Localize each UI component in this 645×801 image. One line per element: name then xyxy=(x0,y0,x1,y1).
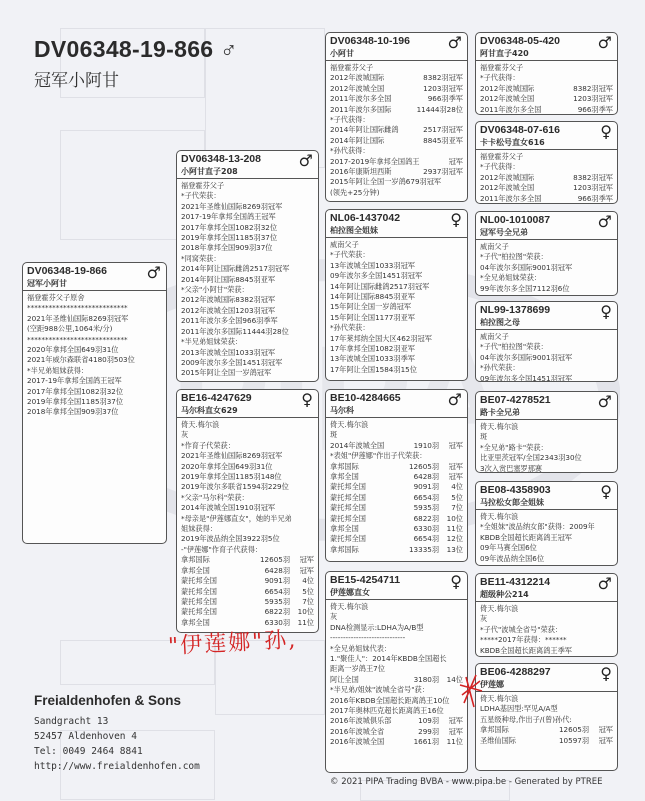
result-cell: 蒙托邦全国 xyxy=(181,597,250,607)
breeder-address-city: 52457 Aldenhoven 4 xyxy=(34,729,200,744)
result-cell: 拿邦国际 xyxy=(330,545,399,555)
result-row: 2016年波城全省299羽冠军 xyxy=(330,727,463,737)
result-cell: 2016年波城俱乐部 xyxy=(330,716,399,726)
result-cell: 2011年波尔多国际 xyxy=(330,105,407,115)
card-line: *半兄弟姐妹荣获： xyxy=(181,337,314,347)
card-body: 倚天.梅尔浪灰*子代"波城全省号"荣获：*****2017年获得：******K… xyxy=(476,602,617,657)
pigeon-ring-title: DV06348-19-866 ♂ xyxy=(34,36,238,63)
result-row: 2014年波城全国1910羽冠军 xyxy=(330,441,463,451)
ring-number: BE06-4288297 xyxy=(480,666,613,679)
result-cell: 6654羽 xyxy=(399,493,439,503)
result-cell: 2012年波城全国 xyxy=(330,84,407,94)
result-cell: 拿邦全国 xyxy=(181,566,250,576)
ring-number: BE08-4358903 xyxy=(480,484,613,497)
result-row: 拿邦全国6428羽冠军 xyxy=(330,472,463,482)
male-icon: ♂ xyxy=(448,34,462,52)
pigeon-name: 卡卡松号直女616 xyxy=(480,137,613,148)
card-line: 2020年拿邦全国649羽31位 xyxy=(181,462,314,472)
card-line: 2014年阿让国际8845羽亚军 xyxy=(181,275,314,285)
result-cell: 2012年波城国际 xyxy=(330,73,407,83)
card-body: 福登霍芬父子*子代荣获：2021年圣维仙国际8269羽冠军2017-19年拿邦全… xyxy=(177,179,318,381)
result-row: 蒙托邦全国9091羽4位 xyxy=(181,576,314,586)
card-line: *子代"柏拉图"荣获： xyxy=(480,252,613,262)
card-line: 2012年波城全国1203羽冠军 xyxy=(181,306,314,316)
card-subject[interactable]: DV06348-19-866冠军小阿甘♂福登霍芬父子原舍************… xyxy=(22,262,167,544)
ring-number: DV06348-10-196 xyxy=(330,35,463,48)
card-line: 倚天.梅尔浪 xyxy=(480,604,613,614)
card-line: *半兄弟/姐妹"波城全省号"获： xyxy=(330,685,463,695)
male-icon: ♂ xyxy=(598,213,612,231)
result-cell: 5935羽 xyxy=(250,597,290,607)
card-line: 福登霍芬父子 xyxy=(480,63,613,73)
result-cell: 2011年波尔多全国 xyxy=(480,105,557,115)
card-header: BE07-4278521路卡全兄弟♂ xyxy=(476,392,617,420)
ring-number: BE07-4278521 xyxy=(480,394,613,407)
card-header: DV06348-10-196小阿甘♂ xyxy=(326,33,467,61)
result-row: 2012年波城全国1203羽冠军 xyxy=(330,84,463,94)
male-icon: ♂ xyxy=(448,391,462,409)
result-cell: 蒙托邦全国 xyxy=(330,514,399,524)
card-line: *子代"波城全省号"荣获： xyxy=(480,625,613,635)
card-sire-sire[interactable]: DV06348-10-196小阿甘♂福登霍芬父子2012年波城国际8382羽冠军… xyxy=(325,32,468,202)
result-row: 2016年波城全国1661羽11位 xyxy=(330,737,463,747)
card-line: 福登霍芬父子原舍 xyxy=(27,293,162,303)
card-line: 2014年阿让国际雌鸽2517羽冠军 xyxy=(181,264,314,274)
card-line: *孙代荣获： xyxy=(330,323,463,333)
result-row: 蒙托邦全国5935羽7位 xyxy=(330,503,463,513)
pigeon-name: 马尔科直女629 xyxy=(181,405,314,416)
result-cell: 蒙托邦全国 xyxy=(181,607,250,617)
card-line: 2017年拿邦全国1082羽32位 xyxy=(181,223,314,233)
result-row: 蒙托邦全国6822羽10位 xyxy=(330,514,463,524)
card-line: 14年阿让国际雌鸽2517羽冠军 xyxy=(330,282,463,292)
result-row: 拿邦国际12605羽冠军 xyxy=(480,725,613,735)
result-cell: 冠军 xyxy=(589,736,613,746)
result-cell: 4位 xyxy=(439,482,463,492)
pigeon-name: 伊莲娜直女 xyxy=(330,587,463,598)
result-cell: 2012年波城国际 xyxy=(480,84,557,94)
result-cell xyxy=(407,177,463,187)
result-cell: 阿让全国 xyxy=(330,675,399,685)
card-header: DV06348-19-866冠军小阿甘♂ xyxy=(23,263,166,291)
card-line: 2021年圣维仙国际8269羽冠军 xyxy=(27,314,162,324)
result-cell: 2517羽冠军 xyxy=(407,125,463,135)
result-cell: 拿邦国际 xyxy=(480,725,549,735)
result-cell: 1203羽冠军 xyxy=(557,183,613,193)
card-line: 2017年拿邦全国1082羽32位 xyxy=(27,387,162,397)
result-cell: 蒙托邦全国 xyxy=(330,482,399,492)
card-line: *全兄弟姐妹代表： xyxy=(330,644,463,654)
card-line: 比亚里茨冠军/全国2343羽30位 xyxy=(480,453,613,463)
result-cell: 8382羽冠军 xyxy=(407,73,463,83)
card-sire-sire-sire[interactable]: DV06348-05-420阿甘直子420♂福登霍芬父子*子代获得：2012年波… xyxy=(475,32,618,115)
result-cell: 1203羽冠军 xyxy=(407,84,463,94)
card-header: NL99-1378699柏拉图之母♀ xyxy=(476,302,617,330)
ring-number: BE10-4284665 xyxy=(330,392,463,405)
card-line: LDHA基因型:罕见A/A型 xyxy=(480,704,613,714)
ring-number: BE11-4312214 xyxy=(480,576,613,589)
card-body: 倚天.梅尔浪LDHA基因型:罕见A/A型五星级种母,作出子/(曾)孙代:拿邦国际… xyxy=(476,692,617,748)
result-cell: 12605羽 xyxy=(250,555,290,565)
pigeon-name-title: 冠军小阿甘 xyxy=(34,66,119,91)
card-line: 灰 xyxy=(181,430,314,440)
result-cell: 8382羽冠军 xyxy=(557,84,613,94)
result-row: 2016年康斯坦西斯2937羽冠军 xyxy=(330,167,463,177)
card-line: 14年阿让国际8845羽亚军 xyxy=(330,292,463,302)
card-line: DNA检测显示:LDHA为A/B型 xyxy=(330,623,463,633)
result-cell: 蒙托邦全国 xyxy=(330,503,399,513)
card-header: DV06348-13-208小阿甘直子208♂ xyxy=(177,151,318,179)
male-icon: ♂ xyxy=(598,34,612,52)
result-cell: 2012年波城全国 xyxy=(480,183,557,193)
result-cell: 2015年阿让全国一岁鸽679羽冠军 xyxy=(330,177,407,187)
card-line: KBDB全国超长距离鸽王冠军 xyxy=(480,533,613,543)
card-line: 威南父子 xyxy=(330,240,463,250)
card-line: *父亲"马尔科"荣获： xyxy=(181,493,314,503)
card-header: BE06-4288297伊莲娜♀ xyxy=(476,664,617,692)
result-cell: 11位 xyxy=(439,737,463,747)
card-line: 福登霍芬父子 xyxy=(181,181,314,191)
male-icon: ♂ xyxy=(220,36,238,62)
card-body: 威南父子*子代荣获：13年波城全国1033羽冠军09年波尔多全国1451羽冠军1… xyxy=(326,238,467,377)
result-row: 蒙托邦全国9091羽4位 xyxy=(330,482,463,492)
result-cell: 冠军 xyxy=(439,441,463,451)
result-cell: 2012年波城全国 xyxy=(480,94,557,104)
card-line: 2011年波尔多全国966羽季军 xyxy=(181,316,314,326)
female-icon: ♀ xyxy=(600,483,612,501)
result-cell: 冠军 xyxy=(439,472,463,482)
result-cell: 2014年阿让国际雌鸽 xyxy=(330,125,407,135)
result-row: 2012年波城国际8382羽冠军 xyxy=(330,73,463,83)
card-line: 2019年拿邦全国1185羽37位 xyxy=(27,397,162,407)
result-cell: 3180羽 xyxy=(399,675,439,685)
card-body: 倚天.梅尔浪*全姐妹"波品纳女郎"获得：2009年KBDB全国超长距离鸽王冠军0… xyxy=(476,510,617,566)
card-header: DV06348-05-420阿甘直子420♂ xyxy=(476,33,617,61)
card-line: 2020年拿邦全国649羽31位 xyxy=(27,345,162,355)
ring-number: DV06348-05-420 xyxy=(480,35,613,48)
card-line: *全兄弟"路卡"荣获： xyxy=(480,443,613,453)
card-line: 威南父子 xyxy=(480,332,613,342)
result-cell: 6822羽 xyxy=(399,514,439,524)
result-cell: 299羽 xyxy=(399,727,439,737)
result-cell: 4位 xyxy=(290,576,314,586)
result-cell: 5935羽 xyxy=(399,503,439,513)
pigeon-name: 伊莲娜 xyxy=(480,679,613,690)
card-line: *子代获得： xyxy=(480,73,613,83)
result-cell: 13335羽 xyxy=(399,545,439,555)
result-row: 阿让全国3180羽14位 xyxy=(330,675,463,685)
result-cell: 2937羽冠军 xyxy=(407,167,463,177)
card-dam-dam-dam[interactable]: BE06-4288297伊莲娜♀倚天.梅尔浪LDHA基因型:罕见A/A型五星级种… xyxy=(475,663,618,771)
pigeon-name: 柏拉图之母 xyxy=(480,317,613,328)
card-header: BE08-4358903马拉松女郎全姐妹♀ xyxy=(476,482,617,510)
result-cell: 蒙托邦全国 xyxy=(330,534,399,544)
result-row: 圣维仙国际10597羽冠军 xyxy=(480,736,613,746)
card-line: 09年波品纳全国6位 xyxy=(480,554,613,564)
result-cell: 2016年波城全省 xyxy=(330,727,399,737)
pigeon-name: 小阿甘 xyxy=(330,48,463,59)
result-cell: 9091羽 xyxy=(399,482,439,492)
male-icon: ♂ xyxy=(299,152,313,170)
card-line: 2017-19年拿邦全国鸽王冠军 xyxy=(27,376,162,386)
card-line: 17年阿让全国1584羽15位 xyxy=(330,365,463,375)
pigeon-name: 小阿甘直子208 xyxy=(181,166,314,177)
result-cell: 蒙托邦全国 xyxy=(330,493,399,503)
card-line: 2017-19年拿邦全国鸽王冠军 xyxy=(181,212,314,222)
card-line: *母亲是"伊莲娜直女"，她的半兄弟 xyxy=(181,514,314,524)
result-row: 2014年阿让国际8845羽亚军 xyxy=(330,136,463,146)
card-line: 09年波尔多全国1451羽冠军 xyxy=(330,271,463,281)
result-row: 2015年阿让全国一岁鸽679羽冠军 xyxy=(330,177,463,187)
result-cell: 10位 xyxy=(439,514,463,524)
card-dam-sire[interactable]: BE10-4284665马尔科♂倚天.梅尔浪斑2014年波城全国1910羽冠军*… xyxy=(325,389,468,562)
card-dam-dam-sire[interactable]: BE11-4312214超级种公214♂倚天.梅尔浪灰*子代"波城全省号"荣获：… xyxy=(475,573,618,657)
female-icon: ♀ xyxy=(450,211,462,229)
card-line: 1."聚佳人"：2014年KBDB全国超长 xyxy=(330,654,463,664)
result-cell: 圣维仙国际 xyxy=(480,736,549,746)
result-cell: 1661羽 xyxy=(399,737,439,747)
card-line: 2009年波尔多全国1451羽冠军 xyxy=(181,358,314,368)
ring-number: BE15-4254711 xyxy=(330,574,463,587)
result-cell: 966羽季军 xyxy=(557,194,613,204)
card-header: NL00-1010087冠军号全兄弟♂ xyxy=(476,212,617,240)
card-line: 2018年拿邦全国909羽37位 xyxy=(27,407,162,417)
result-cell: 966羽季军 xyxy=(557,105,613,115)
result-cell: 1910羽 xyxy=(399,441,439,451)
result-cell: 1203羽冠军 xyxy=(557,94,613,104)
result-cell: 2016年波城全国 xyxy=(330,737,399,747)
card-line: *表姐"伊莲娜"作出子代荣获： xyxy=(330,451,463,461)
card-line: *子代获得： xyxy=(330,115,463,125)
male-icon: ♂ xyxy=(147,264,161,282)
result-cell: 6330羽 xyxy=(399,524,439,534)
result-row: 蒙托邦全国6654羽12位 xyxy=(330,534,463,544)
card-line: 福登霍芬父子 xyxy=(480,152,613,162)
card-line: 灰 xyxy=(330,612,463,622)
result-row: 2011年波尔多全国966羽季军 xyxy=(480,105,613,115)
result-cell: 6822羽 xyxy=(250,607,290,617)
card-line: 福登霍芬父子 xyxy=(330,63,463,73)
card-line: 2011年波尔多国际11444羽28位 xyxy=(181,327,314,337)
card-sire[interactable]: DV06348-13-208小阿甘直子208♂福登霍芬父子*子代荣获：2021年… xyxy=(176,150,319,382)
card-line: 2014年波城全国1910羽冠军 xyxy=(181,503,314,513)
result-row: 2011年波尔多全国966羽季军 xyxy=(330,94,463,104)
card-body: 福登霍芬父子*子代获得：2012年波城国际8382羽冠军2012年波城全国120… xyxy=(476,61,617,115)
result-cell: 拿邦国际 xyxy=(330,462,399,472)
pigeon-name: 冠军小阿甘 xyxy=(27,278,162,289)
card-line: 2021年圣维仙国际8269羽冠军 xyxy=(181,451,314,461)
card-line: 倚天.梅尔浪 xyxy=(480,512,613,522)
breeder-name: Freialdenhofen & Sons xyxy=(34,693,200,708)
result-cell: 冠军 xyxy=(290,555,314,565)
result-row: 蒙托邦全国6654羽5位 xyxy=(181,587,314,597)
result-cell: 6428羽 xyxy=(399,472,439,482)
result-row: 拿邦国际13335羽13位 xyxy=(330,545,463,555)
female-icon: ♀ xyxy=(301,391,313,409)
female-icon: ♀ xyxy=(600,123,612,141)
result-cell: 8382羽冠军 xyxy=(557,173,613,183)
female-icon: ♀ xyxy=(600,665,612,683)
result-row: 拿邦国际12605羽冠军 xyxy=(181,555,314,565)
card-body: 倚天.梅尔浪灰DNA检测显示:LDHA为A/B型----------------… xyxy=(326,600,467,750)
card-line: 2021年威尔森联省4180羽503位 xyxy=(27,355,162,365)
result-row: 2014年阿让国际雌鸽2517羽冠军 xyxy=(330,125,463,135)
card-line: 13年波城全国1033羽冠军 xyxy=(330,261,463,271)
card-line: 2019年波品纳全国3922羽5位 xyxy=(181,534,314,544)
card-line: 17年莱邦纳全国大区462羽冠军 xyxy=(330,334,463,344)
result-cell: 拿邦全国 xyxy=(330,472,399,482)
red-scribble-mark xyxy=(456,673,486,709)
card-line: **************************** xyxy=(27,303,162,313)
result-cell: 2011年波尔多全国 xyxy=(480,194,557,204)
card-line: *作育子代荣获： xyxy=(181,441,314,451)
result-row: 2012年波城国际8382羽冠军 xyxy=(480,173,613,183)
card-line: 15年阿让全国1177羽亚军 xyxy=(330,313,463,323)
card-line: 威南父子 xyxy=(480,242,613,252)
card-line: 2019年波尔多联省1594羽229位 xyxy=(181,482,314,492)
result-row: 蒙托邦全国5935羽7位 xyxy=(181,597,314,607)
result-cell: 冠军 xyxy=(589,725,613,735)
card-line: (领先+25分钟) xyxy=(330,188,463,198)
pigeon-name: 超级种公214 xyxy=(480,589,613,600)
card-line: *子代"柏拉图"荣获： xyxy=(480,342,613,352)
pigeon-name: 阿甘直子420 xyxy=(480,48,613,59)
pigeon-name: 柏拉图全姐妹 xyxy=(330,225,463,236)
ring-number: DV06348-07-616 xyxy=(480,124,613,137)
result-row: 2016年波城俱乐部109羽冠军 xyxy=(330,716,463,726)
ring-number: NL99-1378699 xyxy=(480,304,613,317)
result-cell: 13位 xyxy=(439,545,463,555)
card-line: 斑 xyxy=(480,432,613,442)
card-line: 04年波尔多国际9001羽冠军 xyxy=(480,263,613,273)
result-cell: 7位 xyxy=(290,597,314,607)
card-sire-sire-dam[interactable]: DV06348-07-616卡卡松号直女616♀福登霍芬父子*子代获得：2012… xyxy=(475,121,618,204)
result-row: 拿邦全国6330羽11位 xyxy=(330,524,463,534)
card-dam-sire-sire[interactable]: BE07-4278521路卡全兄弟♂倚天.梅尔浪斑*全兄弟"路卡"荣获：比亚里茨… xyxy=(475,391,618,473)
ring-number: NL00-1010087 xyxy=(480,214,613,227)
result-row: 2011年波尔多国际11444羽28位 xyxy=(330,105,463,115)
result-cell: 蒙托邦全国 xyxy=(181,576,250,586)
result-row: 拿邦国际12605羽冠军 xyxy=(330,462,463,472)
card-body: 福登霍芬父子2012年波城国际8382羽冠军2012年波城全国1203羽冠军20… xyxy=(326,61,467,200)
card-line: 17年拿邦全国1082羽亚军 xyxy=(330,344,463,354)
footer-copyright: © 2021 PIPA Trading BVBA - www.pipa.be -… xyxy=(330,777,602,787)
card-line: *父亲"小阿甘"荣获： xyxy=(181,285,314,295)
card-dam-sire-dam[interactable]: BE08-4358903马拉松女郎全姐妹♀倚天.梅尔浪*全姐妹"波品纳女郎"获得… xyxy=(475,481,618,566)
result-cell: 6654羽 xyxy=(399,534,439,544)
card-line: 2021年圣维仙国际8269羽冠军 xyxy=(181,202,314,212)
result-cell: 12605羽 xyxy=(399,462,439,472)
card-line: 2018年拿邦全国909羽37位 xyxy=(181,243,314,253)
card-dam-dam[interactable]: BE15-4254711伊莲娜直女♀倚天.梅尔浪灰DNA检测显示:LDHA为A/… xyxy=(325,571,468,773)
card-line: *同窝荣获： xyxy=(181,254,314,264)
card-header: BE16-4247629马尔科直女629♀ xyxy=(177,390,318,418)
result-row: 2012年波城全国1203羽冠军 xyxy=(480,183,613,193)
card-body: 倚天.梅尔浪斑*全兄弟"路卡"荣获：比亚里茨冠军/全国2343羽30位3次入赏巴… xyxy=(476,420,617,473)
card-line: *子代荣获： xyxy=(330,250,463,260)
result-cell: 冠军 xyxy=(290,566,314,576)
card-body: 倚天.梅尔浪斑2014年波城全国1910羽冠军*表姐"伊莲娜"作出子代荣获：拿邦… xyxy=(326,418,467,557)
card-sire-dam[interactable]: NL06-1437042柏拉图全姐妹♀威南父子*子代荣获：13年波城全国1033… xyxy=(325,209,468,381)
result-cell: 2016年康斯坦西斯 xyxy=(330,167,407,177)
card-line: *孙代荣获： xyxy=(480,363,613,373)
result-cell: 12位 xyxy=(439,534,463,544)
result-cell: 2011年波尔多全国 xyxy=(330,94,407,104)
card-line: **************************** xyxy=(27,335,162,345)
result-cell: 10597羽 xyxy=(549,736,589,746)
card-line: -"伊莲娜"作育子代获得： xyxy=(181,545,314,555)
card-line: 2013年波城全国1033羽冠军 xyxy=(181,348,314,358)
card-line: 2016年KBDB全国超长距离鸽王10位 xyxy=(330,696,463,706)
result-cell: 9091羽 xyxy=(250,576,290,586)
result-cell: 12605羽 xyxy=(549,725,589,735)
card-line: 姐妹获得： xyxy=(181,524,314,534)
card-line: ----------------------------- xyxy=(330,633,463,643)
card-line: 斑 xyxy=(330,430,463,440)
result-cell: 10位 xyxy=(290,607,314,617)
card-line: *全姐妹"波品纳女郎"获得：2009年 xyxy=(480,522,613,532)
result-cell: 11位 xyxy=(439,524,463,534)
card-sire-dam-dam[interactable]: NL99-1378699柏拉图之母♀威南父子*子代"柏拉图"荣获：04年波尔多国… xyxy=(475,301,618,382)
card-line: *子代荣获： xyxy=(181,191,314,201)
card-line: 2015年阿让全国一岁鸽冠军 xyxy=(181,368,314,378)
card-line: 倚天.梅尔浪 xyxy=(330,420,463,430)
pigeon-name: 马拉松女郎全姐妹 xyxy=(480,497,613,508)
result-cell: 8845羽亚军 xyxy=(407,136,463,146)
card-line: 距离一岁鸽王7位 xyxy=(330,664,463,674)
result-row: 拿邦全国6428羽冠军 xyxy=(181,566,314,576)
result-row: 2012年波城国际8382羽冠军 xyxy=(480,84,613,94)
result-row: 2012年波城全国1203羽冠军 xyxy=(480,94,613,104)
card-line: *子代获得： xyxy=(480,162,613,172)
card-body: 福登霍芬父子原舍****************************2021… xyxy=(23,291,166,420)
male-icon: ♂ xyxy=(598,393,612,411)
card-body: 威南父子*子代"柏拉图"荣获：04年波尔多国际9001羽冠军*全兄弟姐妹荣获：9… xyxy=(476,240,617,296)
result-cell: 2012年波城国际 xyxy=(480,173,557,183)
card-line: *半兄弟姐妹获得： xyxy=(27,366,162,376)
result-row: 蒙托邦全国6822羽10位 xyxy=(181,607,314,617)
result-cell: 蒙托邦全国 xyxy=(181,587,250,597)
ring-number: NL06-1437042 xyxy=(330,212,463,225)
result-cell: 拿邦全国 xyxy=(330,524,399,534)
result-cell: 6428羽 xyxy=(250,566,290,576)
female-icon: ♀ xyxy=(600,303,612,321)
card-line: 2017年奥林匹克超长距离鸽王16位 xyxy=(330,706,463,716)
card-line: 2012年波城国际8382羽冠军 xyxy=(181,295,314,305)
card-body: 威南父子*子代"柏拉图"荣获：04年波尔多国际9001羽冠军*孙代荣获：09年波… xyxy=(476,330,617,382)
card-line: 15年阿让全国一岁鸽冠军 xyxy=(330,302,463,312)
card-line: KBDB全国超长距离鸽王季军 xyxy=(480,646,613,656)
card-line: *全兄弟姐妹荣获： xyxy=(480,273,613,283)
breeder-phone: Tel: 0049 2464 8841 xyxy=(34,744,200,759)
result-cell: 2014年阿让国际 xyxy=(330,136,407,146)
female-icon: ♀ xyxy=(450,573,462,591)
card-dam[interactable]: BE16-4247629马尔科直女629♀倚天.梅尔浪灰*作育子代荣获：2021… xyxy=(176,389,319,633)
result-cell: 966羽季军 xyxy=(407,94,463,104)
result-row: 2011年波尔多全国966羽季军 xyxy=(480,194,613,204)
card-line: 99年波尔多全国7112羽6位 xyxy=(480,284,613,294)
card-sire-dam-sire[interactable]: NL00-1010087冠军号全兄弟♂威南父子*子代"柏拉图"荣获：04年波尔多… xyxy=(475,211,618,296)
result-cell: 5位 xyxy=(439,493,463,503)
card-line: 09年马赛全国6位 xyxy=(480,543,613,553)
card-line: 2019年拿邦全国1185羽37位 xyxy=(181,233,314,243)
card-line: 倚天.梅尔浪 xyxy=(480,694,613,704)
card-line: 五星级种母,作出子/(曾)孙代: xyxy=(480,715,613,725)
breeder-website-link[interactable]: http://www.freialdenhofen.com xyxy=(34,759,200,774)
result-cell: 2017-2019年拿邦全国鸽王 xyxy=(330,157,407,167)
result-cell: 109羽 xyxy=(399,716,439,726)
result-cell: 冠军 xyxy=(439,727,463,737)
